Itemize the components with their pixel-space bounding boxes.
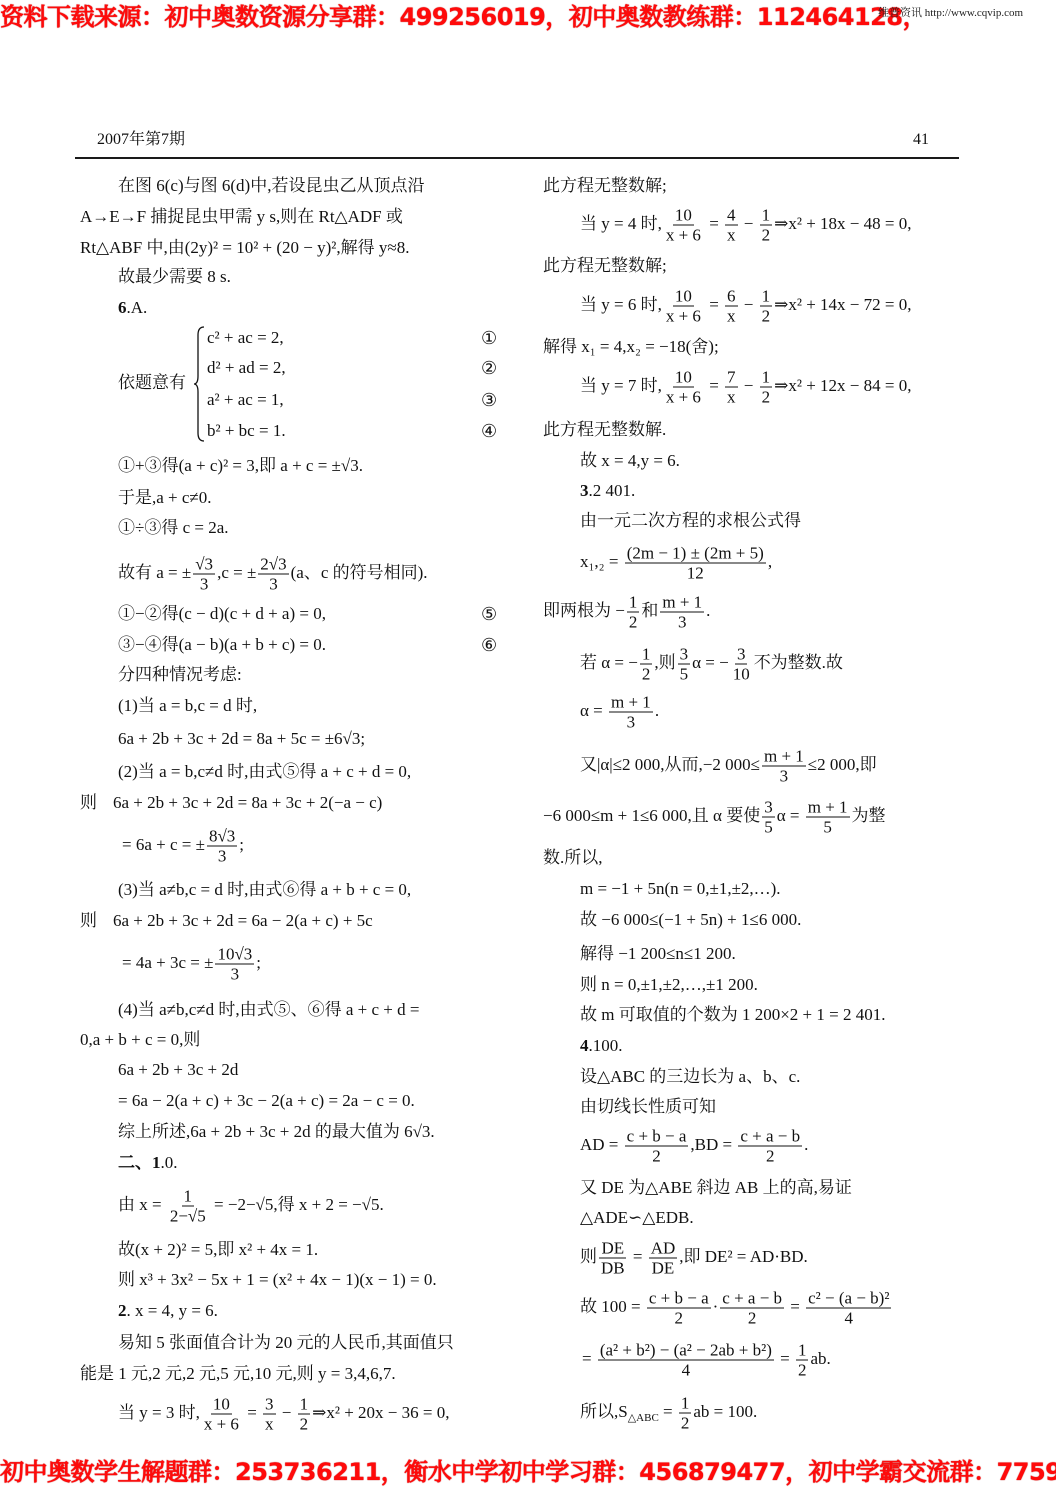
fraction-numerator: 10 [673,368,694,388]
fraction: 10√33 [215,945,254,984]
fraction: c + b − a2 [625,1127,689,1166]
fraction: 12 [298,1395,311,1434]
fraction: 2√33 [258,555,288,594]
system-equation: a² + ac = 1, [207,389,284,411]
answer-heading-2-1: 二、1.0. [118,1152,178,1174]
text: . [804,1135,808,1154]
answer-text: .A. [127,298,148,317]
fraction-numerator: c + b − a [625,1127,689,1147]
text-line: 当 y = 4 时,10x + 6 = 4x − 12⇒x² + 18x − 4… [580,206,911,245]
fraction-numerator: 10 [673,287,694,307]
text: = 4a + 3c = ± [122,953,213,972]
fraction-denominator: 2 [640,665,653,684]
fraction-denominator: 2 [672,1309,685,1328]
text: −6 000≤m + 1≤6 000,且 α 要使 [543,806,760,825]
text: 又|α|≤2 000,从而,−2 000≤ [580,755,760,774]
fraction: 12 [627,593,640,632]
fraction-numerator: c + a − b [738,1127,802,1147]
fraction: 12−√5 [168,1187,208,1226]
text-line: −6 000≤m + 1≤6 000,且 α 要使35α = m + 15为整 [543,798,886,837]
text-line: 当 y = 3 时,10x + 6 = 3x − 12⇒x² + 20x − 3… [118,1395,449,1434]
fraction-numerator: 10 [211,1395,232,1415]
fraction-denominator: 2 [760,307,773,326]
fraction-numerator: 8√3 [207,827,237,847]
fraction: 12 [640,645,653,684]
text-line: 此方程无整数解. [543,419,666,441]
text: 即两根为 − [543,601,625,620]
text: ab. [810,1349,830,1368]
fraction-denominator: 2 [764,1147,777,1166]
text-line: 又 DE 为△ABE 斜边 AB 上的高,易证 [580,1177,852,1199]
fraction-denominator: 3 [267,575,280,594]
fraction-numerator: c + a − b [720,1289,784,1309]
fraction-denominator: 3 [198,575,211,594]
fraction-numerator: 3 [263,1395,276,1415]
fraction: 12 [760,368,773,407]
fraction-denominator: 5 [762,818,775,837]
fraction: 10x + 6 [664,368,703,407]
text: ,即 DE² = AD·BD. [679,1247,808,1266]
fraction-denominator: 3 [625,713,638,732]
text-line: 能是 1 元,2 元,2 元,5 元,10 元,则 y = 3,4,6,7. [80,1363,396,1385]
fraction-numerator: 4 [725,206,738,226]
fraction-denominator: x [725,226,738,245]
fraction-denominator: 3 [216,847,229,866]
fraction-numerator: 1 [760,368,773,388]
question-number: 4 [580,1036,589,1055]
text-line: 数.所以, [543,847,603,869]
text: 故有 a = ± [118,563,191,582]
fraction-numerator: 1 [679,1394,692,1414]
text-line: 6a + 2b + 3c + 2d [118,1059,238,1081]
fraction: c + b − a2 [647,1289,711,1328]
text-line: 设△ABC 的三边长为 a、b、c. [580,1066,800,1088]
text: · [713,1297,719,1316]
case-heading: (2)当 a = b,c≠d 时,由式⑤得 a + c + d = 0, [118,761,411,783]
fraction-numerator: 6 [725,287,738,307]
fraction-numerator: 1 [298,1395,311,1415]
header-rule [75,157,959,159]
text-line: ①+③得(a + c)² = 3,即 a + c = ±√3. [118,455,363,477]
fraction-denominator: 12 [685,564,706,583]
conclusion-line: 综上所述,6a + 2b + 3c + 2d 的最大值为 6√3. [118,1121,435,1143]
text: α = − [692,653,729,672]
fraction-numerator: AD [649,1239,678,1259]
question-number: 2 [118,1301,127,1320]
fraction: 10x + 6 [664,206,703,245]
question-number: 6 [118,298,127,317]
text: 当 y = 6 时, [580,295,662,314]
text-line: 故 100 = c + b − a2·c + a − b2 = c² − (a … [580,1289,893,1328]
text: = [705,376,723,395]
text-line: 又|α|≤2 000,从而,−2 000≤m + 13≤2 000,即 [580,747,877,786]
fraction-denominator: 2 [796,1361,809,1380]
line-lead: 则 [80,792,97,814]
fraction-numerator: 2√3 [258,555,288,575]
text: 当 y = 4 时, [580,214,662,233]
text: = [786,1297,804,1316]
fraction-denominator: 2 [746,1309,759,1328]
equation-marker: ⑤ [481,603,497,625]
bottom-watermark-banner: 初中奥数学生解题群：253736211，衡水中学初中学习群：456879477，… [0,1459,1056,1485]
fraction: m + 13 [609,693,653,732]
text-line: 由切线长性质可知 [580,1096,716,1118]
text-line: 6a + 2b + 3c + 2d = 8a + 5c = ±6√3; [118,728,365,750]
fraction: 12 [679,1394,692,1433]
conclusion-line: 所以,S△ABC = 12ab = 100. [580,1394,757,1433]
text: = −2−√5,得 x + 2 = −√5. [210,1195,384,1214]
text: α = [580,701,607,720]
text: 故 100 = [580,1297,645,1316]
fraction-numerator: (2m − 1) ± (2m + 5) [625,544,766,564]
fraction: ADDE [649,1239,678,1278]
text-line: 当 y = 7 时,10x + 6 = 7x − 12⇒x² + 12x − 8… [580,368,911,407]
fraction: 12 [796,1341,809,1380]
text: 当 y = 7 时, [580,376,662,395]
text-line: 解得 −1 200≤n≤1 200. [580,943,736,965]
text-line: 分四种情况考虑: [118,664,242,686]
fraction-numerator: m + 1 [762,747,806,767]
text: ; [256,953,261,972]
text: − [278,1403,296,1422]
text: 当 y = 3 时, [118,1403,200,1422]
fraction-numerator: 1 [760,206,773,226]
text-line: 故(x + 2)² = 5,即 x² + 4x = 1. [118,1239,318,1261]
fraction: c² − (a − b)²4 [806,1289,891,1328]
text: 所以,S [580,1402,628,1421]
text: = [705,295,723,314]
fraction-numerator: 1 [760,287,773,307]
line-lead: 则 [80,910,97,932]
text: − [740,214,758,233]
text: 为整 [852,806,886,825]
text: = [659,1402,677,1421]
text-line: 则DEDB = ADDE,即 DE² = AD·BD. [580,1239,808,1278]
answer-heading-6: 6.A. [118,297,147,319]
equation-marker: ② [481,357,497,379]
system-equation: c² + ac = 2, [207,327,284,349]
text-line: 当 y = 6 时,10x + 6 = 6x − 12⇒x² + 14x − 7… [580,287,911,326]
page-number: 41 [913,130,929,150]
text: ,则 [654,653,675,672]
fraction: 10x + 6 [664,287,703,326]
fraction-denominator: 2−√5 [168,1207,208,1226]
system-label: 依题意有 [118,372,186,394]
answer-heading-2: 2. x = 4, y = 6. [118,1300,218,1322]
fraction-denominator: DE [650,1259,677,1278]
fraction-denominator: x + 6 [664,388,703,407]
text-line: Rt△ABF 中,由(2y)² = 10² + (20 − y)²,解得 y≈8… [80,237,409,259]
fraction-denominator: 2 [760,388,773,407]
text-line: 则 x³ + 3x² − 5x + 1 = (x² + 4x − 1)(x − … [118,1269,437,1291]
fraction-denominator: 2 [760,226,773,245]
fraction: 35 [678,645,691,684]
text: ,c = ± [217,563,256,582]
equation-marker: ④ [481,420,497,442]
fraction-numerator: 7 [725,368,738,388]
text-line: 若 α = −12,则35α = −310不为整数.故 [580,645,843,684]
text-line: = 6a + c = ±8√33; [122,827,244,866]
text: ≤2 000,即 [808,755,877,774]
text: 和 [641,601,658,620]
text: = [243,1403,261,1422]
fraction: m + 13 [762,747,806,786]
text: ⇒x² + 14x − 72 = 0, [774,295,911,314]
fraction: 310 [731,645,752,684]
equation-marker: ① [481,327,497,349]
text: = [776,1349,794,1368]
answer-text: .100. [589,1036,623,1055]
fraction-numerator: c² − (a − b)² [806,1289,891,1309]
fraction: 35 [762,798,775,837]
source-attribution: 维普资讯 http://www.cqvip.com [878,4,1023,20]
text: . [655,701,659,720]
fraction-numerator: 1 [640,645,653,665]
text: − [740,376,758,395]
answer-heading-4: 4.100. [580,1035,623,1057]
equation-marker: ⑥ [481,634,497,656]
fraction-numerator: c + b − a [647,1289,711,1309]
text: . [706,601,710,620]
fraction-numerator: 1 [796,1341,809,1361]
answer-text: .0. [161,1153,178,1172]
equation-marker: ③ [481,389,497,411]
fraction-denominator: DB [599,1259,627,1278]
fraction-denominator: x + 6 [202,1415,241,1434]
text-line: 由 x = 12−√5 = −2−√5,得 x + 2 = −√5. [118,1187,384,1226]
system-equation: b² + bc = 1. [207,420,286,442]
fraction-denominator: 4 [843,1309,856,1328]
text-line: = (a² + b²) − (a² − 2ab + b²)4 = 12ab. [582,1341,831,1380]
fraction: (2m − 1) ± (2m + 5)12 [625,544,766,583]
fraction-numerator: m + 1 [609,693,653,713]
text: 不为整数.故 [754,653,843,672]
text-line: α = m + 13. [580,693,659,732]
text-line: 此方程无整数解; [543,175,667,197]
fraction: m + 13 [660,593,704,632]
text: 由 x = [118,1195,166,1214]
fraction-numerator: 3 [762,798,775,818]
text-line: 6a + 2b + 3c + 2d = 6a − 2(a + c) + 5c [113,910,373,932]
fraction-denominator: 3 [676,613,689,632]
fraction-numerator: 1 [182,1187,195,1207]
fraction: 6x [725,287,738,326]
fraction: 12 [760,287,773,326]
text: = [705,214,723,233]
fraction-numerator: √3 [193,555,215,575]
fraction: 4x [725,206,738,245]
case-heading: (3)当 a≠b,c = d 时,由式⑥得 a + b + c = 0, [118,879,411,901]
text-line: 则 n = 0,±1,±2,…,±1 200. [580,974,758,996]
text-line: ③−④得(a − b)(a + b + c) = 0. [118,634,326,656]
text: ⇒x² + 12x − 84 = 0, [774,376,911,395]
fraction-numerator: m + 1 [806,798,850,818]
question-number: 3 [580,481,589,500]
fraction: DEDB [599,1239,627,1278]
case-heading: (1)当 a = b,c = d 时, [118,695,257,717]
fraction-denominator: 3 [229,965,242,984]
fraction: 7x [725,368,738,407]
text-line: 6a + 2b + 3c + 2d = 8a + 3c + 2(−a − c) [113,792,382,814]
fraction-numerator: 1 [627,593,640,613]
text: , [768,552,772,571]
text-line: 在图 6(c)与图 6(d)中,若设昆虫乙从顶点沿 [118,175,424,197]
text-line: 故最少需要 8 s. [118,266,231,288]
fraction-numerator: 10√3 [215,945,254,965]
text-line: = 4a + 3c = ±10√33; [122,945,261,984]
fraction-numerator: m + 1 [660,593,704,613]
text-line: 故 −6 000≤(−1 + 5n) + 1≤6 000. [580,909,801,931]
text-line: 0,a + b + c = 0,则 [80,1029,200,1051]
text-line: x₁,₂ = (2m − 1) ± (2m + 5)12, [580,544,772,583]
text-line: A→E→F 捕捉昆虫甲需 y s,则在 Rt△ADF 或 [80,206,403,228]
fraction: 12 [760,206,773,245]
left-brace-icon [193,326,205,442]
journal-issue: 2007年第7期 [97,130,185,150]
fraction-denominator: 2 [298,1415,311,1434]
fraction: c + a − b2 [720,1289,784,1328]
fraction-denominator: x [725,307,738,326]
text: = [629,1247,647,1266]
text: AD = [580,1135,623,1154]
text-line: AD = c + b − a2,BD = c + a − b2. [580,1127,808,1166]
text: ; [239,835,244,854]
fraction: c + a − b2 [738,1127,802,1166]
text-line: 易知 5 张面值合计为 20 元的人民币,其面值只 [118,1332,454,1354]
fraction-denominator: x [263,1415,276,1434]
text: ⇒x² + 18x − 48 = 0, [774,214,911,233]
fraction-denominator: 2 [650,1147,663,1166]
text: − [740,295,758,314]
text: ⇒x² + 20x − 36 = 0, [312,1403,449,1422]
subscript: △ABC [628,1412,659,1424]
fraction-denominator: 10 [731,665,752,684]
system-equation: d² + ad = 2, [207,357,286,379]
text: (a、c 的符号相同). [291,563,428,582]
text: x₁,₂ = [580,552,623,571]
answer-text: .2 401. [589,481,636,500]
text: ,BD = [690,1135,736,1154]
fraction-denominator: 2 [679,1414,692,1433]
fraction-denominator: x + 6 [664,226,703,245]
fraction-numerator: 3 [735,645,748,665]
text: 若 α = − [580,653,638,672]
text: ab = 100. [693,1402,757,1421]
case-heading: (4)当 a≠b,c≠d 时,由式⑤、⑥得 a + c + d = [118,999,419,1021]
text: = 6a + c = ± [122,835,205,854]
text-line: 此方程无整数解; [543,255,667,277]
text-line: △ADE∽△EDB. [580,1207,694,1229]
conclusion-line: 故 m 可取值的个数为 1 200×2 + 1 = 2 401. [580,1004,886,1026]
question-number: 二、1 [118,1153,161,1172]
text: α = [777,806,804,825]
fraction-numerator: (a² + b²) − (a² − 2ab + b²) [598,1341,774,1361]
fraction-denominator: x [725,388,738,407]
fraction-denominator: 5 [678,665,691,684]
fraction-denominator: 4 [680,1361,693,1380]
conclusion-line: 故 x = 4,y = 6. [580,450,680,472]
fraction: m + 15 [806,798,850,837]
fraction-denominator: 5 [821,818,834,837]
text-line: 即两根为 −12和m + 13. [543,593,710,632]
text-line: 由一元二次方程的求根公式得 [580,510,801,532]
fraction-denominator: 2 [627,613,640,632]
fraction-numerator: 3 [678,645,691,665]
text: = [582,1349,596,1368]
top-watermark-banner: 资料下载来源：初中奥数资源分享群：499256019，初中奥数教练群：11246… [0,4,926,30]
answer-text: . x = 4, y = 6. [127,1301,218,1320]
fraction-denominator: x + 6 [664,307,703,326]
fraction-numerator: 10 [673,206,694,226]
text-line: = 6a − 2(a + c) + 3c − 2(a + c) = 2a − c… [118,1090,415,1112]
fraction-numerator: DE [599,1239,626,1259]
text-line: 于是,a + c≠0. [118,487,212,509]
text-line: ①÷③得 c = 2a. [118,517,229,539]
fraction: √33 [193,555,215,594]
fraction: (a² + b²) − (a² − 2ab + b²)4 [598,1341,774,1380]
fraction: 8√33 [207,827,237,866]
text: 则 [580,1247,597,1266]
text-line: 解得 x₁ = 4,x₂ = −18(舍); [543,336,719,358]
answer-heading-3: 3.2 401. [580,480,635,502]
fraction-denominator: 3 [778,767,791,786]
fraction: 10x + 6 [202,1395,241,1434]
text-line: ①−②得(c − d)(c + d + a) = 0, [118,603,326,625]
text-line: m = −1 + 5n(n = 0,±1,±2,…). [580,878,781,900]
fraction: 3x [263,1395,276,1434]
text-line: 故有 a = ±√33,c = ±2√33(a、c 的符号相同). [118,555,428,594]
